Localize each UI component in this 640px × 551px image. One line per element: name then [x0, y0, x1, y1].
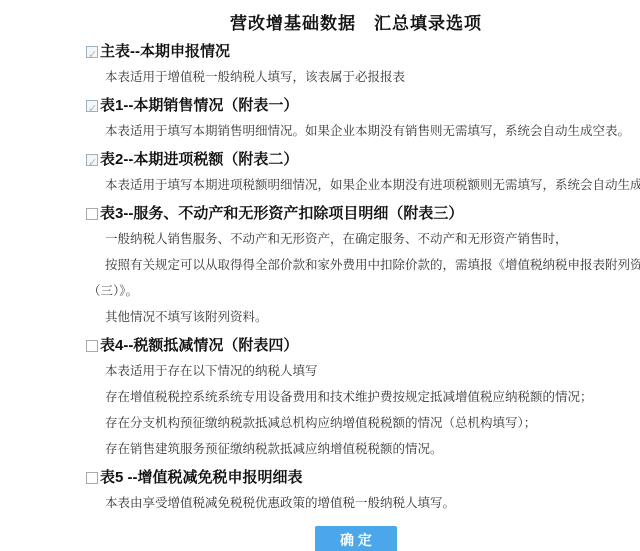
section-description: 本表适用于存在以下情况的纳税人填写存在增值税税控系统系统专用设备费用和技术维护费…	[86, 358, 626, 462]
page-title: 营改增基础数据 汇总填录选项	[86, 12, 626, 36]
form-section: 表3--服务、不动产和无形资产扣除项目明细（附表三） 一般纳税人销售服务、不动产…	[86, 204, 626, 330]
description-line: 本表由享受增值税减免税税优惠政策的增值税一般纳税人填写。	[86, 490, 626, 516]
section-description: 本表适用于增值税一般纳税人填写，该表属于必报报表	[86, 64, 626, 90]
section-checkbox[interactable]	[86, 340, 98, 352]
section-checkbox[interactable]	[86, 154, 98, 166]
section-description: 一般纳税人销售服务、不动产和无形资产，在确定服务、不动产和无形资产销售时，按照有…	[86, 226, 626, 330]
section-title: 表3--服务、不动产和无形资产扣除项目明细（附表三）	[100, 204, 463, 224]
section-header: 表1--本期销售情况（附表一）	[86, 96, 626, 116]
button-row: 确 定	[86, 526, 626, 551]
section-title: 表1--本期销售情况（附表一）	[100, 96, 298, 116]
content-area: 营改增基础数据 汇总填录选项 主表--本期申报情况 本表适用于增值税一般纳税人填…	[0, 0, 640, 551]
section-title: 表2--本期进项税额（附表二）	[100, 150, 298, 170]
section-header: 主表--本期申报情况	[86, 42, 626, 62]
form-section: 表1--本期销售情况（附表一） 本表适用于填写本期销售明细情况。如果企业本期没有…	[86, 96, 626, 144]
section-title: 表4--税额抵减情况（附表四）	[100, 336, 298, 356]
section-list: 主表--本期申报情况 本表适用于增值税一般纳税人填写，该表属于必报报表 表1--…	[86, 42, 626, 516]
section-header: 表2--本期进项税额（附表二）	[86, 150, 626, 170]
description-line: 本表适用于存在以下情况的纳税人填写	[86, 358, 626, 384]
section-header: 表5 --增值税减免税申报明细表	[86, 468, 626, 488]
description-line: 按照有关规定可以从取得得全部价款和家外费用中扣除价款的，需填报《增值税纳税申报表…	[86, 252, 626, 278]
description-line: 本表适用于增值税一般纳税人填写，该表属于必报报表	[86, 64, 626, 90]
section-description: 本表适用于填写本期销售明细情况。如果企业本期没有销售则无需填写，系统会自动生成空…	[86, 118, 626, 144]
section-checkbox[interactable]	[86, 100, 98, 112]
section-header: 表3--服务、不动产和无形资产扣除项目明细（附表三）	[86, 204, 626, 224]
section-title: 主表--本期申报情况	[100, 42, 230, 62]
confirm-button[interactable]: 确 定	[315, 526, 397, 551]
form-section: 表4--税额抵减情况（附表四） 本表适用于存在以下情况的纳税人填写存在增值税税控…	[86, 336, 626, 462]
description-line: 存在增值税税控系统系统专用设备费用和技术维护费按规定抵减增值税应纳税额的情况；	[86, 384, 626, 410]
section-title: 表5 --增值税减免税申报明细表	[100, 468, 303, 488]
form-section: 表5 --增值税减免税申报明细表 本表由享受增值税减免税税优惠政策的增值税一般纳…	[86, 468, 626, 516]
section-checkbox[interactable]	[86, 46, 98, 58]
description-line: 一般纳税人销售服务、不动产和无形资产，在确定服务、不动产和无形资产销售时，	[86, 226, 626, 252]
section-header: 表4--税额抵减情况（附表四）	[86, 336, 626, 356]
description-line: 本表适用于填写本期销售明细情况。如果企业本期没有销售则无需填写，系统会自动生成空…	[86, 118, 626, 144]
description-line: 其他情况不填写该附列资料。	[86, 304, 626, 330]
section-checkbox[interactable]	[86, 472, 98, 484]
description-line: 存在分支机构预征缴纳税款抵减总机构应纳增值税税额的情况（总机构填写）；	[86, 410, 626, 436]
description-line: 本表适用于填写本期进项税额明细情况，如果企业本期没有进项税额则无需填写，系统会自…	[86, 172, 626, 198]
description-line: （三）》。	[86, 278, 626, 304]
form-section: 主表--本期申报情况 本表适用于增值税一般纳税人填写，该表属于必报报表	[86, 42, 626, 90]
form-section: 表2--本期进项税额（附表二） 本表适用于填写本期进项税额明细情况，如果企业本期…	[86, 150, 626, 198]
section-description: 本表由享受增值税减免税税优惠政策的增值税一般纳税人填写。	[86, 490, 626, 516]
description-line: 存在销售建筑服务预征缴纳税款抵减应纳增值税税额的情况。	[86, 436, 626, 462]
section-checkbox[interactable]	[86, 208, 98, 220]
section-description: 本表适用于填写本期进项税额明细情况，如果企业本期没有进项税额则无需填写，系统会自…	[86, 172, 626, 198]
